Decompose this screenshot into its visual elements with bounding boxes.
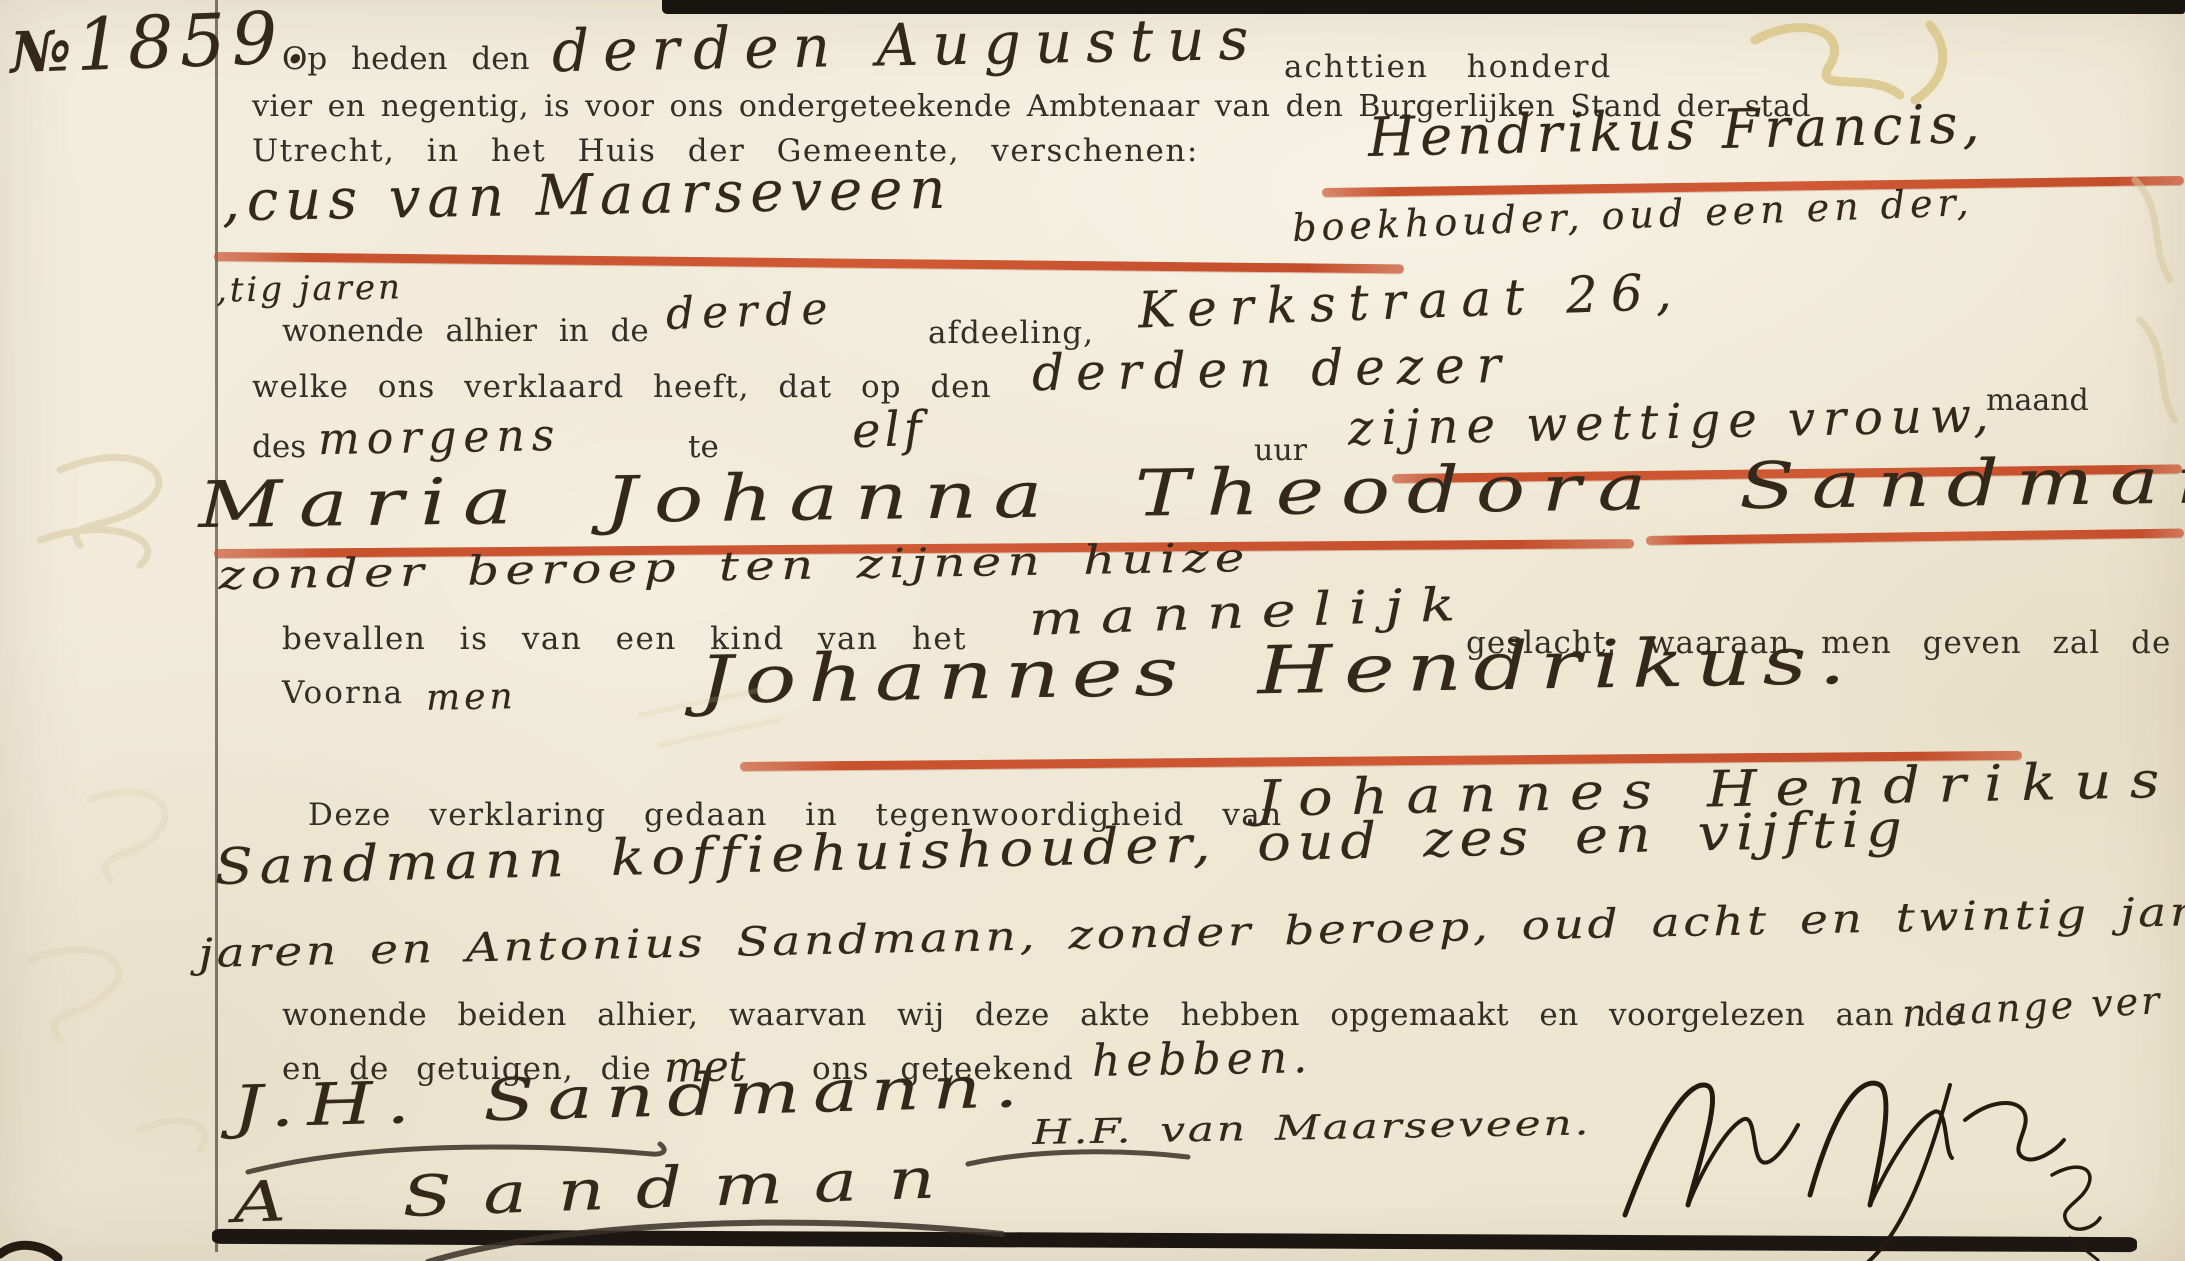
signature-witness1: J.H. Sandmann. (232, 1057, 1032, 1136)
handwritten-daypart: morgens (318, 414, 562, 462)
printed-declaration: welke ons verklaard heeft, dat op den (252, 372, 991, 403)
printed-maand: maand (1986, 386, 2089, 416)
signature-witness2: A Sandman (232, 1150, 967, 1232)
handwritten-declarant-name-2: ,cus van Maarseveen (222, 162, 953, 231)
handwritten-date: derden Augustus (552, 10, 1263, 80)
signature-father: H.F. van Maarseveen. (1032, 1106, 1591, 1150)
handwritten-child-name: Johannes Hendrikus. (698, 628, 1858, 714)
act-number: № 1859. (9, 1, 313, 83)
printed-closing-1: wonende beiden alhier, waarvan wij deze … (282, 1000, 1964, 1031)
handwritten-witness2-line: jaren en Antonius Sandmann, zonder beroe… (198, 891, 2185, 974)
next-entry-partial-mark (0, 1245, 58, 1258)
printed-residence-1: wonende alhier in de (282, 316, 649, 347)
birth-certificate-scan: № 1859. Op heden den derden Augustus ach… (0, 0, 2185, 1261)
handwritten-closing-3: hebben. (1092, 1036, 1314, 1084)
handwritten-mother-relation: zijne wettige vrouw, (1348, 391, 1997, 453)
printed-des: des (252, 432, 306, 463)
margin-rule (215, 0, 218, 1252)
handwritten-closing-1: n aange ver (1901, 981, 2163, 1033)
printed-opening: Op heden den (282, 44, 530, 75)
handwritten-address: Kerkstraat 26, (1137, 266, 1685, 335)
handwritten-mother-detail: zonder beroep ten zijnen huize (218, 538, 1251, 596)
handwritten-firstnames-cont: men (426, 679, 517, 717)
handwritten-day: derden dezer (1032, 340, 1513, 398)
handwritten-declarant-name-1: Hendrikus Francis, (1367, 97, 1985, 165)
printed-te: te (688, 432, 719, 463)
handwritten-age-continuation: ,tig jaren (216, 270, 404, 307)
act-number-prefix: № (9, 18, 72, 86)
page-bottom-border (212, 1229, 2137, 1252)
printed-firstnames-label: Voorna (282, 678, 404, 709)
act-number-value: 1859. (75, 0, 314, 87)
handwritten-hour: elf (851, 405, 926, 456)
red-underline-mother-name-b (1646, 528, 2184, 545)
printed-year-part1: achttien honderd (1284, 52, 1612, 83)
handwritten-district: derde (665, 287, 836, 337)
